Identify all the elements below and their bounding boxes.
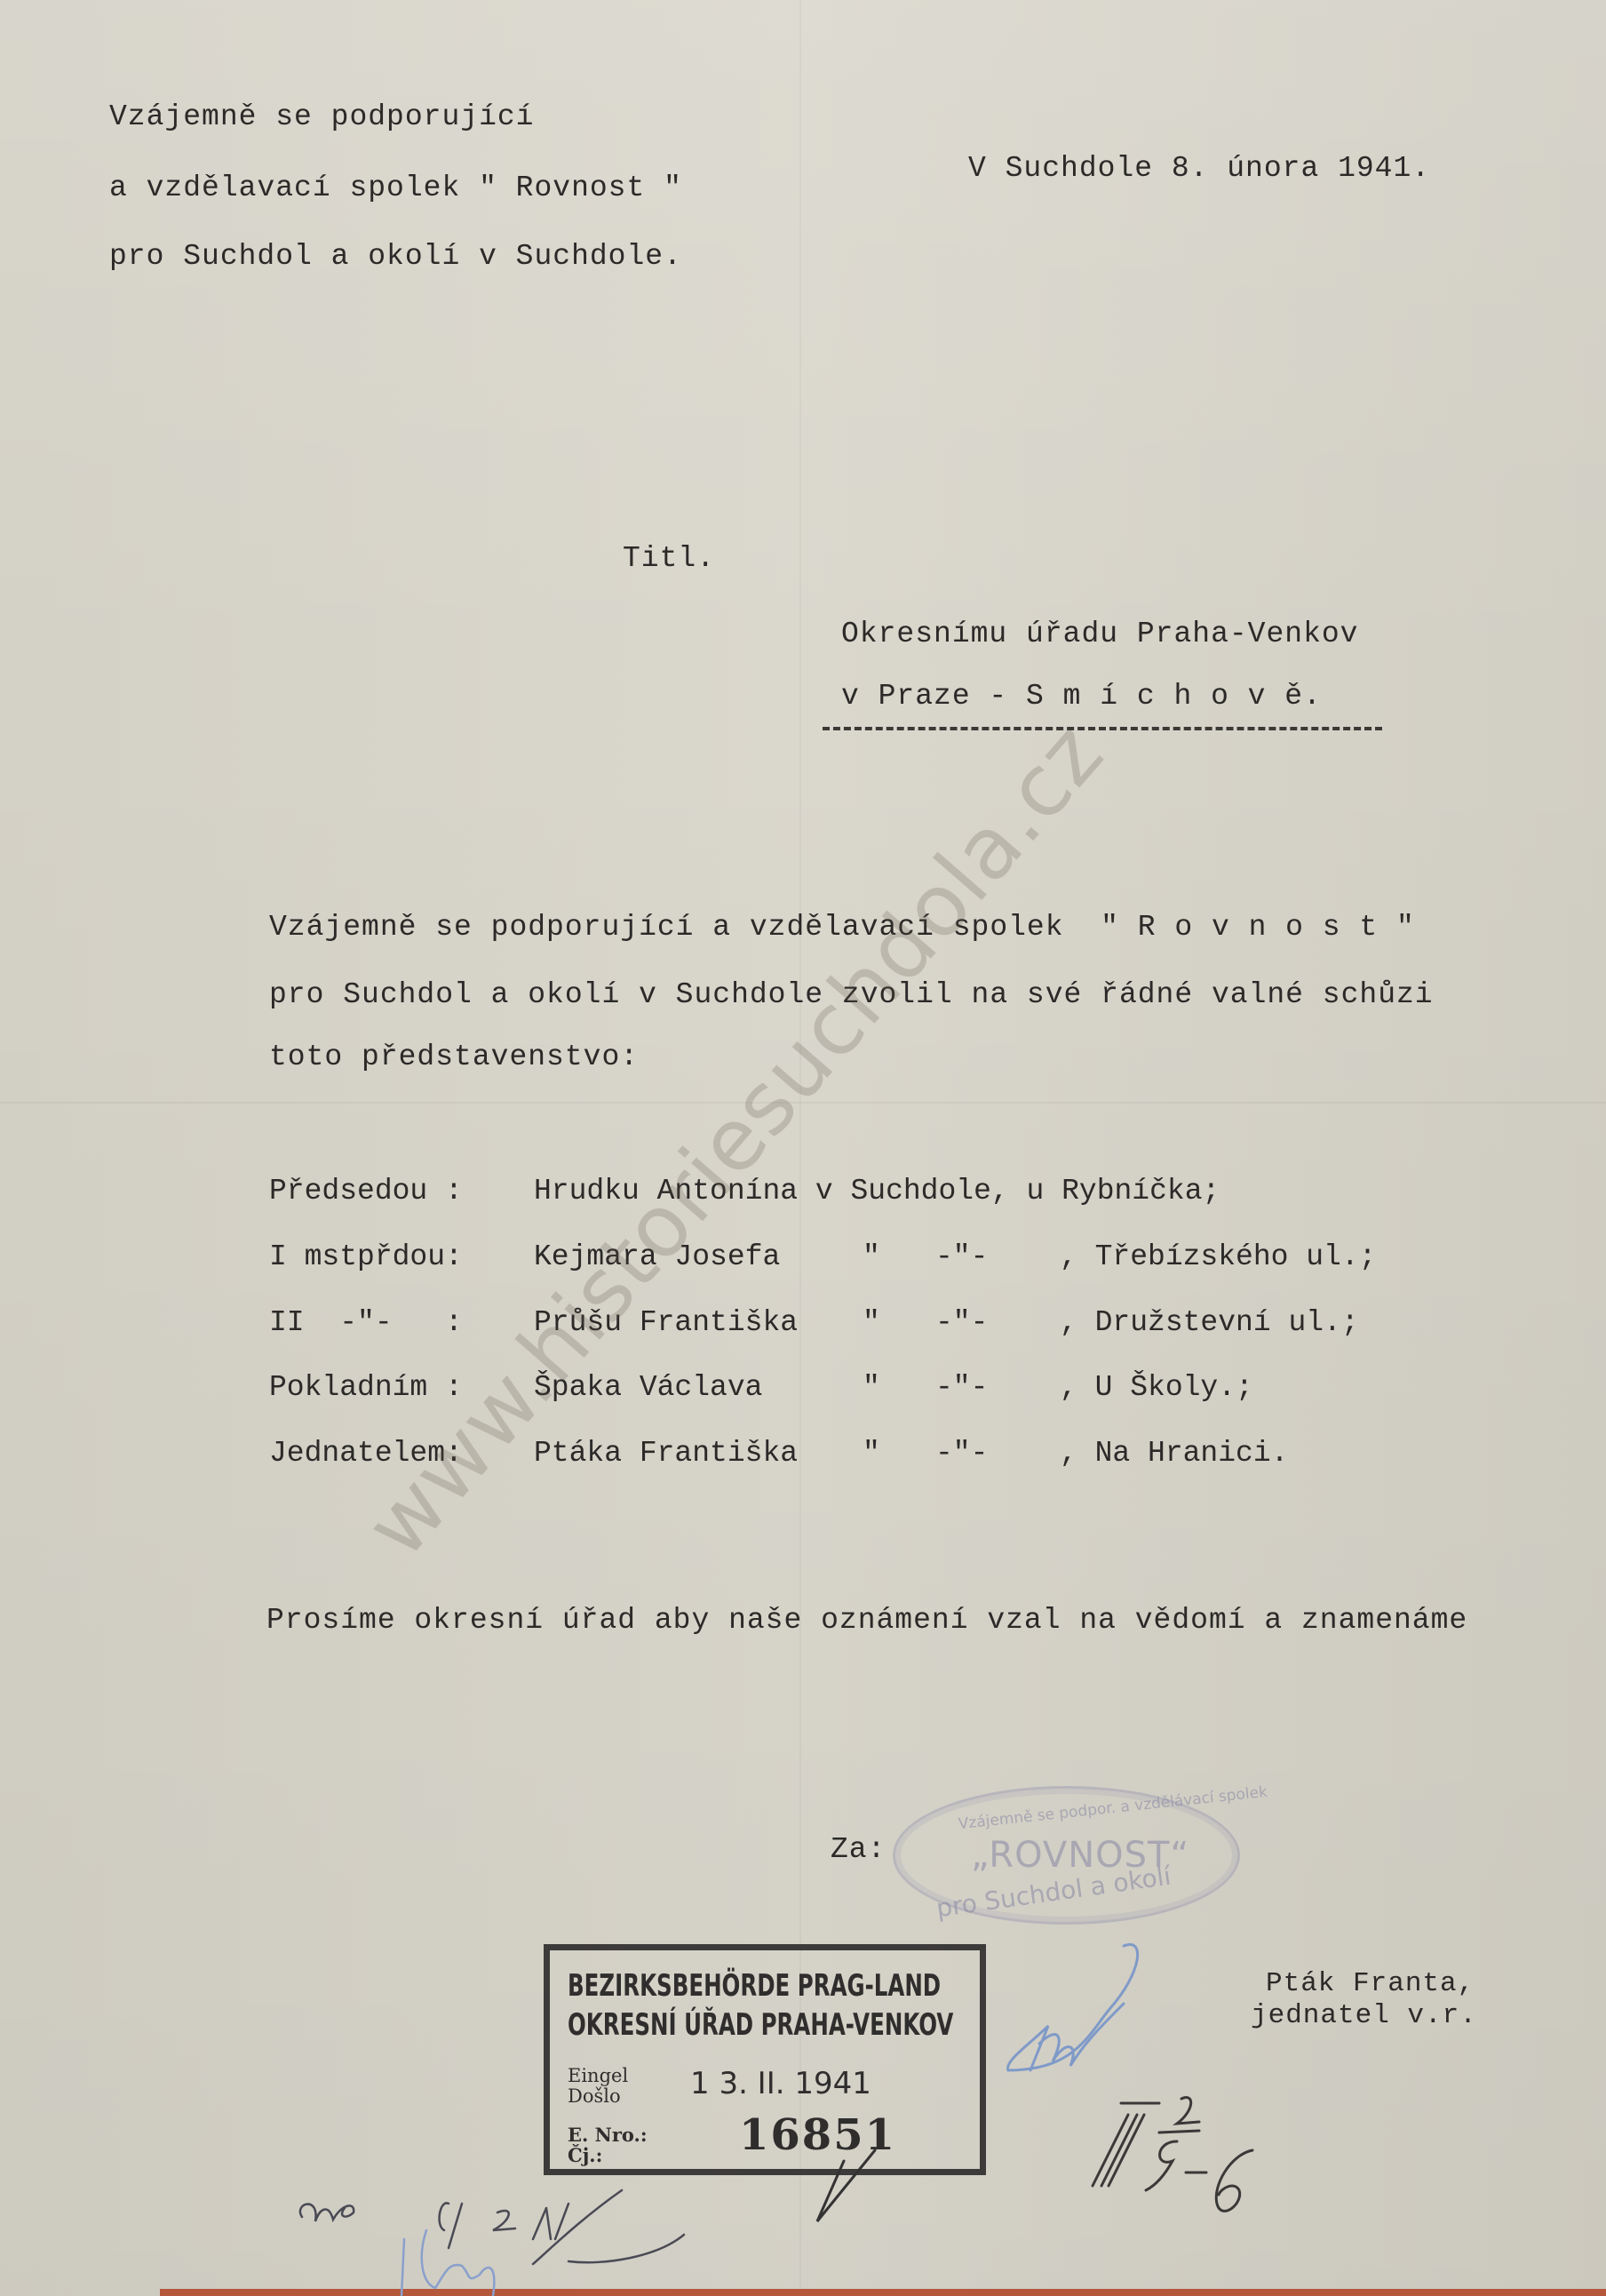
stamp-received-label-de: Eingel	[568, 2066, 628, 2086]
stamp-received-label-cz: Došlo	[568, 2086, 621, 2107]
ditto-mark: -"-	[935, 1371, 988, 1404]
signatory-title: jednatel v.r.	[1251, 2002, 1477, 2029]
closing-line: Prosíme okresní úřad aby naše oznámení v…	[266, 1606, 1467, 1635]
board-row: Pokladním : Špaka Václava " -"- , U Škol…	[269, 1371, 339, 1407]
ditto-mark: "	[863, 1306, 880, 1339]
ditto-mark: -"-	[935, 1437, 988, 1470]
board-row: I mstpřdou: Kejmara Josefa " -"- , Třebí…	[269, 1240, 339, 1276]
stamp-received-date: 1 3. II. 1941	[690, 2066, 871, 2101]
board-row: II -"- : Průšu Františka " -"- , Družste…	[269, 1306, 339, 1342]
office-received-stamp: BEZIRKSBEHÖRDE PRAG-LAND OKRESNÍ ÚŘAD PR…	[544, 1944, 986, 2175]
board-row: Předsedou : Hrudku Antonína v Suchdole, …	[269, 1175, 339, 1210]
sender-line: a vzdělavací spolek " Rovnost "	[109, 173, 682, 203]
association-stamp: Vzájemně se podpor. a vzdělávací spolek …	[893, 1786, 1240, 1925]
board-role: Předsedou :	[269, 1175, 463, 1208]
stamp-number-label-cz: Čj.:	[568, 2145, 602, 2165]
ditto-mark: -"-	[935, 1306, 988, 1339]
recipient-underline	[823, 727, 1382, 730]
board-row: Jednatelem: Ptáka Františka " -"- , Na H…	[269, 1437, 339, 1472]
ditto-mark: "	[863, 1371, 880, 1404]
stamp-registry-number: 16851	[739, 2110, 896, 2160]
board-address: , Na Hranici.	[1060, 1437, 1288, 1470]
salutation: Titl.	[623, 544, 715, 573]
recipient-line-2: v Praze - S m í c h o v ě.	[841, 682, 1322, 711]
board-address: , U Školy.;	[1060, 1371, 1253, 1404]
ditto-mark: "	[863, 1437, 880, 1470]
bottom-edge-strip	[160, 2289, 1606, 2296]
body-line: Vzájemně se podporující a vzdělavací spo…	[269, 913, 1415, 942]
board-address: , Družstevní ul.;	[1060, 1306, 1359, 1339]
sender-line: Vzájemně se podporující	[109, 102, 534, 132]
ditto-mark: -"-	[935, 1240, 988, 1273]
stamp-header-cz: OKRESNÍ ÚŘAD PRAHA-VENKOV	[568, 2007, 953, 2043]
stamp-header-de: BEZIRKSBEHÖRDE PRAG-LAND	[568, 1968, 941, 2004]
board-role: Pokladním :	[269, 1371, 463, 1404]
board-member: Ptáka Františka	[534, 1437, 798, 1470]
board-role: I mstpřdou:	[269, 1240, 463, 1273]
sender-line: pro Suchdol a okolí v Suchdole.	[109, 242, 682, 271]
za-label: Za:	[831, 1835, 886, 1864]
body-line: toto představenstvo:	[269, 1042, 639, 1072]
board-role: II -"- :	[269, 1306, 463, 1339]
date-line: V Suchdole 8. února 1941.	[968, 154, 1430, 183]
stamp-number-label-de: E. Nro.:	[568, 2125, 648, 2145]
board-address: , Třebízského ul.;	[1060, 1240, 1376, 1273]
signatory-name: Pták Franta,	[1266, 1970, 1475, 1997]
recipient-line-1: Okresnímu úřadu Praha-Venkov	[841, 619, 1359, 649]
ditto-mark: "	[863, 1240, 880, 1273]
